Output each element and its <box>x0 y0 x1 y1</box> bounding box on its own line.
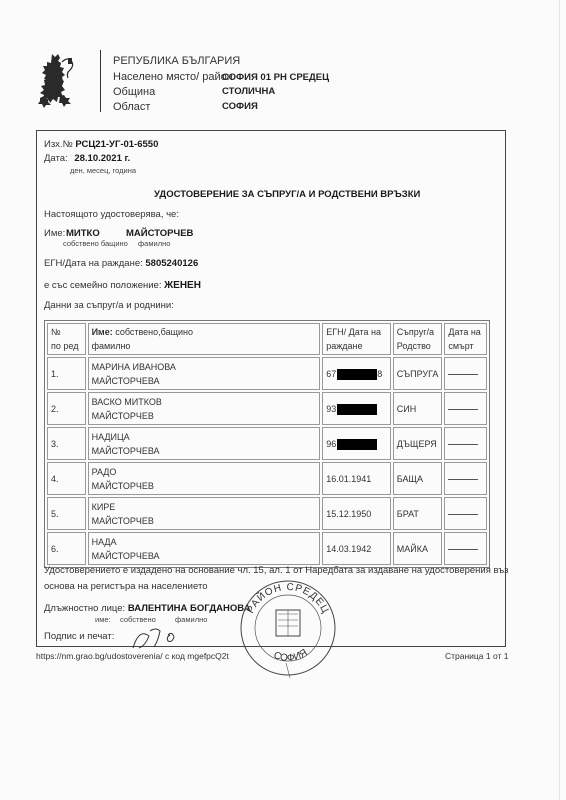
basis-text-line2: основа на регистъра на населението <box>44 581 207 592</box>
signature-label: Подпис и печат: <box>44 631 114 642</box>
cell-death-date <box>444 427 487 460</box>
cell-relation: МАЙКА <box>393 532 443 565</box>
table-row: 6.НАДАМАЙСТОРЧЕВА14.03.1942МАЙКА <box>47 532 487 565</box>
status-line: е със семейно положение: ЖЕНЕН <box>44 280 201 291</box>
cell-relation: БАЩА <box>393 462 443 495</box>
municipality-value: СТОЛИЧНА <box>222 86 275 97</box>
cell-death-date <box>444 497 487 530</box>
empty-dash <box>448 409 478 410</box>
ref-label: Изх.№ <box>44 139 73 150</box>
cell-name: КИРЕМАЙСТОРЧЕВ <box>88 497 321 530</box>
official-line: Длъжностно лице: ВАЛЕНТИНА БОГДАНОВА <box>44 603 251 614</box>
status-label: е със семейно положение: <box>44 280 161 291</box>
cell-name: МАРИНА ИВАНОВАМАЙСТОРЧЕВА <box>88 357 321 390</box>
table-row: 1.МАРИНА ИВАНОВАМАЙСТОРЧЕВА678СЪПРУГА <box>47 357 487 390</box>
col-header-relation: Съпруг/аРодство <box>393 323 443 355</box>
cell-name: НАДАМАЙСТОРЧЕВА <box>88 532 321 565</box>
cell-egn: 14.03.1942 <box>322 532 391 565</box>
page-number: Страница 1 от 1 <box>445 651 509 661</box>
empty-dash <box>448 549 478 550</box>
redaction-bar <box>337 404 377 415</box>
empty-dash <box>448 374 478 375</box>
date-value: 28.10.2021 г. <box>74 153 130 164</box>
table-row: 5.КИРЕМАЙСТОРЧЕВ15.12.1950БРАТ <box>47 497 487 530</box>
status-value: ЖЕНЕН <box>164 280 201 291</box>
signature-scribble <box>128 623 208 653</box>
locality-value: СОФИЯ 01 РН СРЕДЕЦ <box>222 72 329 83</box>
official-name: ВАЛЕНТИНА БОГДАНОВА <box>128 603 251 614</box>
document-title: УДОСТОВЕРЕНИЕ ЗА СЪПРУГ/А И РОДСТВЕНИ ВР… <box>154 189 420 200</box>
cell-egn: 16.01.1941 <box>322 462 391 495</box>
col-header-number: №по ред <box>47 323 86 355</box>
empty-dash <box>448 479 478 480</box>
official-label: Длъжностно лице: <box>44 603 125 614</box>
egn-value: 5805240126 <box>145 258 198 269</box>
cell-death-date <box>444 392 487 425</box>
relatives-label: Данни за съпруг/а и роднини: <box>44 300 174 311</box>
cell-name: НАДИЦАМАЙСТОРЧЕВА <box>88 427 321 460</box>
date-hint: ден, месец, година <box>70 166 136 175</box>
date-label: Дата: <box>44 153 68 164</box>
header-divider <box>100 50 101 112</box>
first-name: МИТКО <box>66 228 100 239</box>
date-line: Дата: 28.10.2021 г. <box>44 153 130 164</box>
empty-dash <box>448 514 478 515</box>
redaction-bar <box>337 439 377 450</box>
cell-relation: СЪПРУГА <box>393 357 443 390</box>
locality-label: Населено място/ район <box>113 71 233 83</box>
cell-name: ВАСКО МИТКОВМАЙСТОРЧЕВ <box>88 392 321 425</box>
last-name: МАЙСТОРЧЕВ <box>126 228 193 239</box>
cell-name: РАДОМАЙСТОРЧЕВ <box>88 462 321 495</box>
cell-number: 6. <box>47 532 86 565</box>
cell-egn: 96 <box>322 427 391 460</box>
table-row: 2.ВАСКО МИТКОВМАЙСТОРЧЕВ93СИН <box>47 392 487 425</box>
cell-egn: 93 <box>322 392 391 425</box>
coat-of-arms-lion-icon <box>36 50 78 108</box>
redaction-bar <box>337 369 377 380</box>
cell-death-date <box>444 357 487 390</box>
col-header-name: Име: собствено,бащинофамилно <box>88 323 321 355</box>
empty-dash <box>448 444 478 445</box>
page-edge <box>559 0 560 800</box>
ref-number: РСЦ21-УГ-01-6550 <box>75 139 158 150</box>
intro-text: Настоящото удостоверява, че: <box>44 209 179 220</box>
cell-death-date <box>444 462 487 495</box>
region-value: СОФИЯ <box>222 101 258 112</box>
municipality-label: Община <box>113 86 155 98</box>
col-header-egn: ЕГН/ Дата нараждане <box>322 323 391 355</box>
relatives-table: №по ред Име: собствено,бащинофамилно ЕГН… <box>44 320 490 568</box>
name-label: Име: <box>44 228 65 239</box>
name-hint-last: фамилно <box>138 239 170 248</box>
country-name: РЕПУБЛИКА БЪЛГАРИЯ <box>113 55 240 67</box>
region-label: Област <box>113 101 150 113</box>
table-row: 3.НАДИЦАМАЙСТОРЧЕВА96ДЪЩЕРЯ <box>47 427 487 460</box>
cell-number: 5. <box>47 497 86 530</box>
egn-line: ЕГН/Дата на раждане: 5805240126 <box>44 258 198 269</box>
table-header-row: №по ред Име: собствено,бащинофамилно ЕГН… <box>47 323 487 355</box>
cell-relation: ДЪЩЕРЯ <box>393 427 443 460</box>
cell-number: 4. <box>47 462 86 495</box>
cell-number: 3. <box>47 427 86 460</box>
ref-line: Изх.№ РСЦ21-УГ-01-6550 <box>44 139 158 150</box>
col-header-death: Дата насмърт <box>444 323 487 355</box>
basis-text-line1: Удостоверението е издадено на основание … <box>44 565 509 576</box>
cell-number: 2. <box>47 392 86 425</box>
official-stamp-icon: РАЙОН СРЕДЕЦ СОФИЯ <box>238 578 338 678</box>
official-hint-name: име: <box>95 615 111 624</box>
cell-number: 1. <box>47 357 86 390</box>
cell-egn: 678 <box>322 357 391 390</box>
cell-egn: 15.12.1950 <box>322 497 391 530</box>
svg-text:СОФИЯ: СОФИЯ <box>272 647 310 664</box>
table-row: 4.РАДОМАЙСТОРЧЕВ16.01.1941БАЩА <box>47 462 487 495</box>
cell-relation: СИН <box>393 392 443 425</box>
egn-label: ЕГН/Дата на раждане: <box>44 258 143 269</box>
cell-relation: БРАТ <box>393 497 443 530</box>
cell-death-date <box>444 532 487 565</box>
name-hint-first: собствено бащино <box>63 239 128 248</box>
verification-url[interactable]: https://nm.grao.bg/udostoverenia/ с код … <box>36 651 229 661</box>
